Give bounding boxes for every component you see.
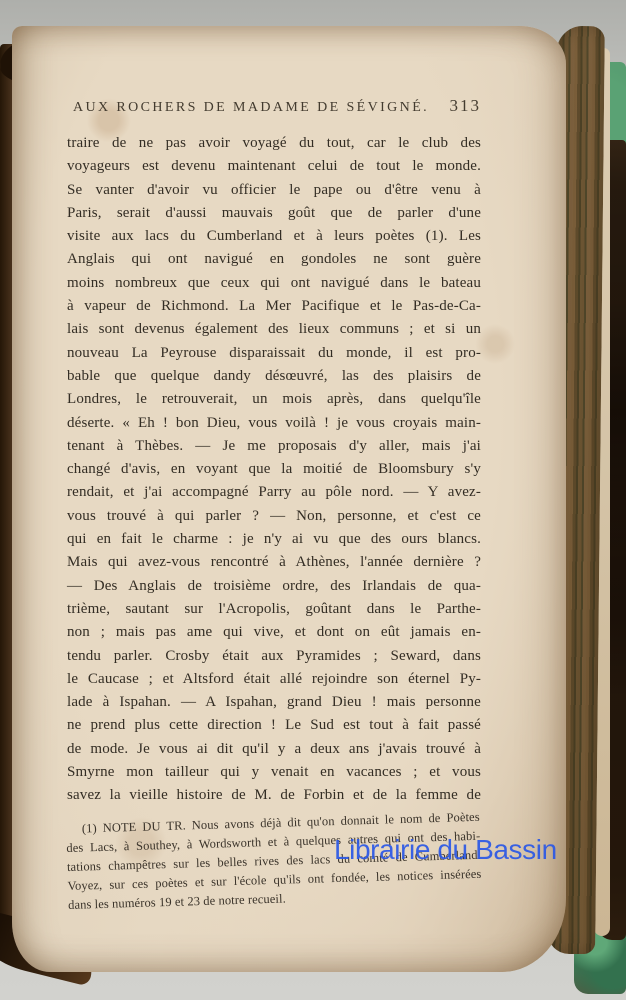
text-line: Mais qui avez-vous rencontré à Athènes, … [67,551,481,574]
book-photo: { "photo": { "watermark_text": "Librairi… [0,0,626,1000]
text-line: trième, sautant sur l'Acropolis, goûtant… [67,598,481,621]
text-line: rendait, et j'ai accompagné Parry au pôl… [67,481,481,504]
watermark-overlay: Librairie du Bassin [334,834,574,866]
text-line: Se vanter d'avoir vu officier le pape ou… [67,179,481,202]
text-line: lais sont devenus également des lieux co… [67,318,481,341]
text-line: lade à Ispahan. — A Ispahan, grand Dieu … [67,691,481,714]
text-line: — Des Anglais de troisième ordre, des Ir… [67,575,481,598]
running-header: AUX ROCHERS DE MADAME DE SÉVIGNÉ. 313 [67,96,481,116]
text-line: changé d'avis, en voyant que la moitié d… [67,458,481,481]
text-line: tenant à Thèbes. — Je me proposais d'y a… [67,435,481,458]
text-line: Smyrne mon tailleur qui y venait en vaca… [67,761,481,784]
text-line: Anglais qui ont navigué en gondoles ne s… [67,248,481,271]
text-line: visite aux lacs du Cumberland et à leurs… [67,225,481,248]
text-line: Paris, serait d'aussi mauvais goût que d… [67,202,481,225]
text-line: traire de ne pas avoir voyagé du tout, c… [67,132,481,155]
printed-content: AUX ROCHERS DE MADAME DE SÉVIGNÉ. 313 tr… [67,96,481,915]
page-number: 313 [435,96,481,116]
book-page: AUX ROCHERS DE MADAME DE SÉVIGNÉ. 313 tr… [12,26,566,972]
text-line: à vapeur de Richmond. La Mer Pacifique e… [67,295,481,318]
body-text: traire de ne pas avoir voyagé du tout, c… [67,132,481,808]
running-header-title: AUX ROCHERS DE MADAME DE SÉVIGNÉ. [67,100,435,116]
text-line: déserte. « Eh ! bon Dieu, vous voilà ! j… [67,412,481,435]
text-line: ne prend plus cette direction ! Le Sud e… [67,714,481,737]
text-line: le Caucase ; et Altsford était allé rejo… [67,668,481,691]
text-line: non ; mais pas ame qui vive, et dont on … [67,621,481,644]
text-line: tendu parler. Crosby était aux Pyramides… [67,645,481,668]
text-line: moins nombreux que ceux qui ont navigué … [67,272,481,295]
text-line: vous trouvé à qui parler ? — Non, person… [67,505,481,528]
text-line: savez la vieille histoire de M. de Forbi… [67,784,481,807]
text-line: qui en fait le charme : je n'y ai vu que… [67,528,481,551]
text-line: nouveau La Peyrouse disparaissait du mon… [67,342,481,365]
text-line: Londres, le retrouverait, un mois après,… [67,388,481,411]
text-line: de mode. Je vous ai dit qu'il y a deux a… [67,738,481,761]
text-line: voyageurs est devenu maintenant celui de… [67,155,481,178]
text-line: bable que quelque dandy désœuvré, las de… [67,365,481,388]
